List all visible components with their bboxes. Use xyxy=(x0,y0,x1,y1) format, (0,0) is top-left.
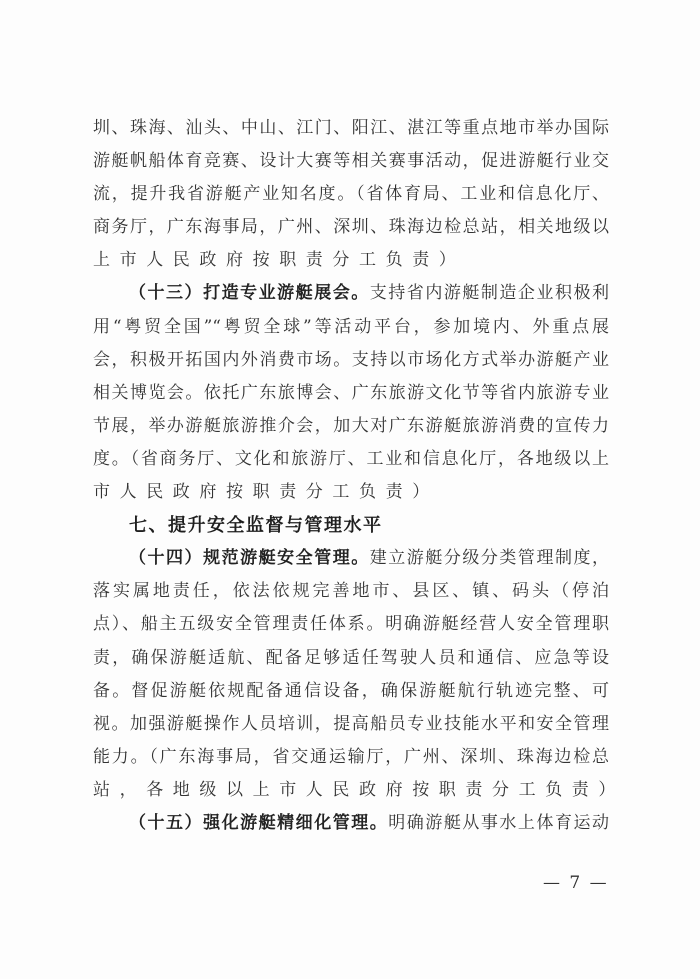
paragraph-line: 流，提升我省游艇产业知名度。（省体育局、工业和信息化厅、 xyxy=(93,178,609,211)
section-item-15-line: （十五）强化游艇精细化管理。明确游艇从事水上体育运动 xyxy=(93,807,609,840)
page-number: — 7 — xyxy=(543,873,609,893)
paragraph-line: 上市人民政府按职责分工负责） xyxy=(93,244,609,277)
paragraph-line: 商务厅，广东海事局，广州、深圳、珠海边检总站，相关地级以 xyxy=(93,211,609,244)
section-item-13-line: （十三）打造专业游艇展会。支持省内游艇制造企业积极利 xyxy=(93,277,609,310)
document-page: 圳、珠海、汕头、中山、江门、阳江、湛江等重点地市举办国际 游艇帆船体育竞赛、设计… xyxy=(0,0,700,979)
paragraph-line: 节展，举办游艇旅游推介会，加大对广东游艇旅游消费的宣传力 xyxy=(93,410,609,443)
paragraph-text: 支持省内游艇制造企业积极利 xyxy=(370,283,609,303)
section-item-13-title: （十三）打造专业游艇展会。 xyxy=(129,283,370,303)
paragraph-line: 会，积极开拓国内外消费市场。支持以市场化方式举办游艇产业 xyxy=(93,344,609,377)
section-heading: 七、提升安全监督与管理水平 xyxy=(93,509,609,542)
paragraph-line: 责，确保游艇适航、配备足够适任驾驶人员和通信、应急等设 xyxy=(93,642,609,675)
document-body: 圳、珠海、汕头、中山、江门、阳江、湛江等重点地市举办国际 游艇帆船体育竞赛、设计… xyxy=(93,112,609,840)
paragraph-line: 市人民政府按职责分工负责） xyxy=(93,476,609,509)
paragraph-line: 用“粤贸全国”“粤贸全球”等活动平台，参加境内、外重点展 xyxy=(93,311,609,344)
section-item-14-title: （十四）规范游艇安全管理。 xyxy=(129,548,370,568)
paragraph-line: 备。督促游艇依规配备通信设备，确保游艇航行轨迹完整、可 xyxy=(93,675,609,708)
paragraph-line: 落实属地责任，依法依规完善地市、县区、镇、码头（停泊 xyxy=(93,575,609,608)
paragraph-line: 度。（省商务厅、文化和旅游厅、工业和信息化厅，各地级以上 xyxy=(93,443,609,476)
paragraph-line: 圳、珠海、汕头、中山、江门、阳江、湛江等重点地市举办国际 xyxy=(93,112,609,145)
paragraph-line: 点）、船主五级安全管理责任体系。明确游艇经营人安全管理职 xyxy=(93,608,609,641)
paragraph-line: 能力。（广东海事局，省交通运输厅，广州、深圳、珠海边检总 xyxy=(93,741,609,774)
paragraph-line: 游艇帆船体育竞赛、设计大赛等相关赛事活动，促进游艇行业交 xyxy=(93,145,609,178)
paragraph-line: 视。加强游艇操作人员培训，提高船员专业技能水平和安全管理 xyxy=(93,708,609,741)
paragraph-line: 相关博览会。依托广东旅博会、广东旅游文化节等省内旅游专业 xyxy=(93,377,609,410)
paragraph-text: 明确游艇从事水上体育运动 xyxy=(388,813,609,833)
section-item-14-line: （十四）规范游艇安全管理。建立游艇分级分类管理制度， xyxy=(93,542,609,575)
paragraph-line: 站，各地级以上市人民政府按职责分工负责） xyxy=(93,774,609,807)
section-item-15-title: （十五）强化游艇精细化管理。 xyxy=(129,813,388,833)
paragraph-text: 建立游艇分级分类管理制度， xyxy=(370,548,609,568)
